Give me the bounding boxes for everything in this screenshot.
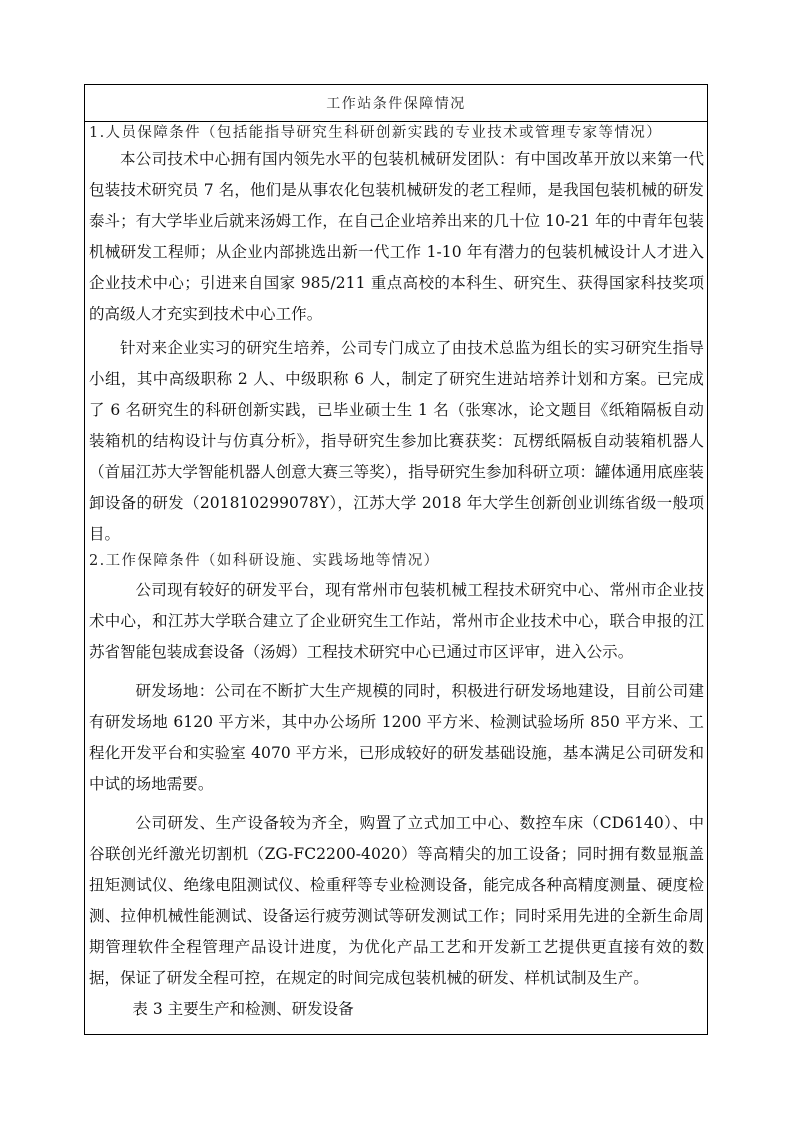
conditions-table: 工作站条件保障情况 1.人员保障条件（包括能指导研究生科研创新实践的专业技术或管… [84, 84, 708, 1035]
section2-paragraph-equipment: 公司研发、生产设备较为齐全，购置了立式加工中心、数控车床（CD6140）、中谷联… [89, 808, 704, 994]
section2-paragraph-facilities: 研发场地：公司在不断扩大生产规模的同时，积极进行研发场地建设，目前公司建有研发场… [89, 676, 704, 800]
section1-paragraph-graduate-training: 针对来企业实习的研究生培养，公司专门成立了由技术总监为组长的实习研究生指导小组，… [89, 333, 704, 550]
table-caption: 表 3 主要生产和检测、研发设备 [89, 994, 704, 1024]
section1-heading: 1.人员保障条件（包括能指导研究生科研创新实践的专业技术或管理专家等情况） [89, 122, 704, 144]
section2-paragraph-platform: 公司现有较好的研发平台，现有常州市包装机械工程技术研究中心、常州市企业技术中心，… [89, 575, 704, 668]
table-body: 1.人员保障条件（包括能指导研究生科研创新实践的专业技术或管理专家等情况） 本公… [85, 122, 707, 1024]
section2-heading: 2.工作保障条件（如科研设施、实践场地等情况） [89, 550, 704, 572]
section1-paragraph-personnel: 本公司技术中心拥有国内领先水平的包装机械研发团队：有中国改革开放以来第一代包装技… [89, 144, 704, 330]
table-title: 工作站条件保障情况 [85, 85, 707, 122]
